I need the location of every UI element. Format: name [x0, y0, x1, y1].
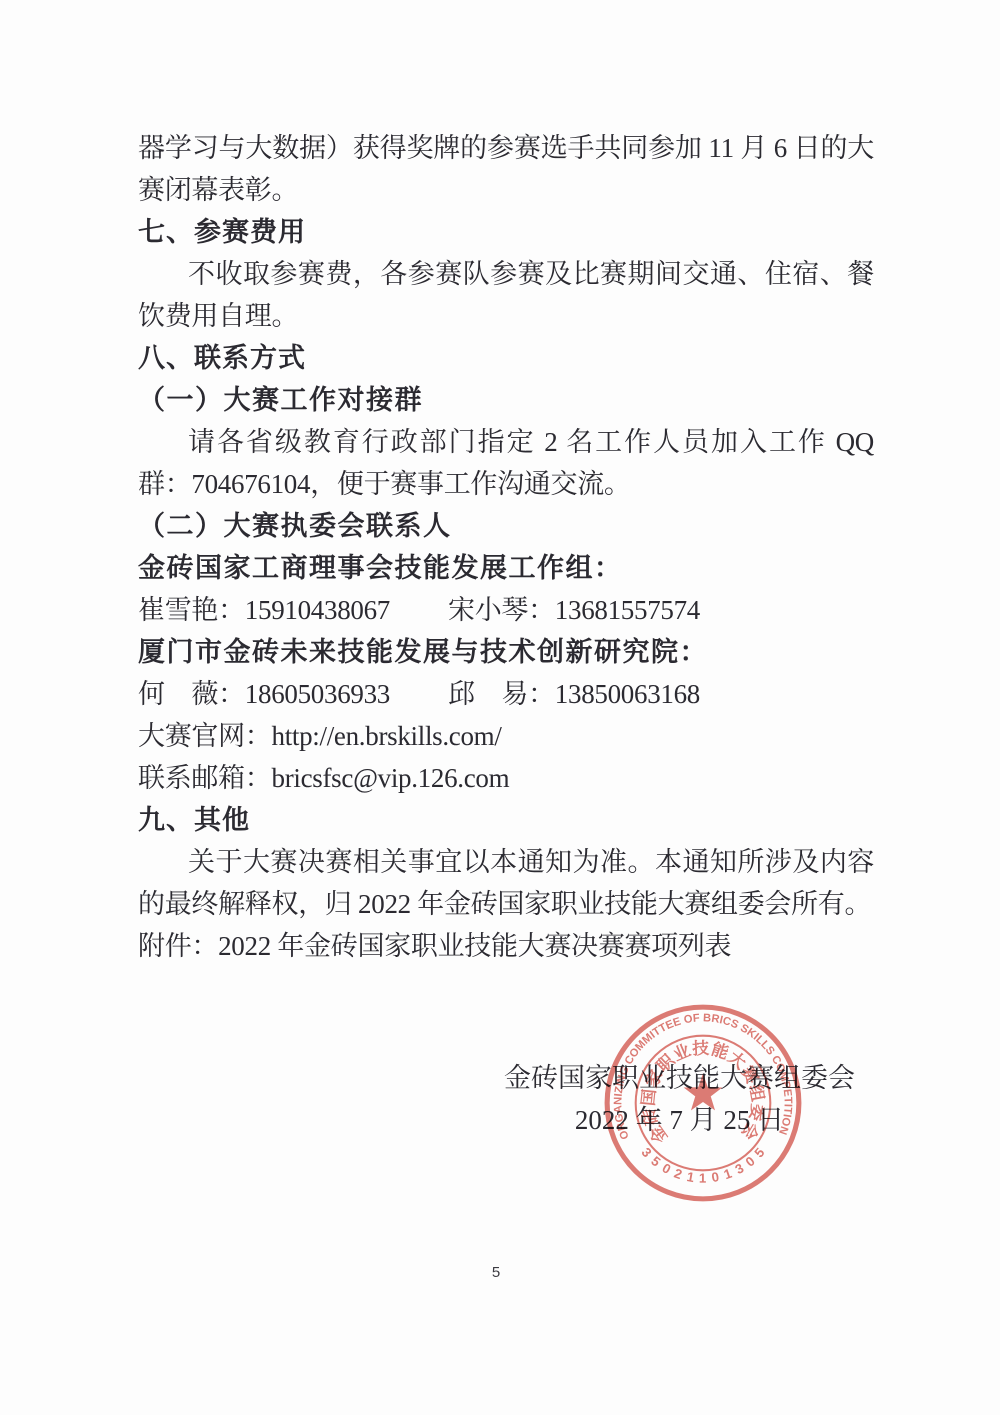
website-url: http://en.brskills.com/ — [272, 721, 502, 751]
attachment-line: 附件：2022 年金砖国家职业技能大赛决赛赛项列表 — [138, 925, 874, 967]
email-address: bricsfsc@vip.126.com — [272, 763, 510, 793]
email-label: 联系邮箱： — [138, 763, 272, 793]
section-7-body: 不收取参赛费，各参赛队参赛及比赛期间交通、住宿、餐饮费用自理。 — [138, 253, 874, 337]
section-9-body: 关于大赛决赛相关事宜以本通知为准。本通知所涉及内容的最终解释权，归 2022 年… — [138, 841, 874, 925]
org1-name: 金砖国家工商理事会技能发展工作组： — [138, 547, 874, 589]
opening-paragraph: 器学习与大数据）获得奖牌的参赛选手共同参加 11 月 6 日的大赛闭幕表彰。 — [138, 127, 874, 211]
org2-contacts: 何 薇：18605036933邱 易：13850063168 — [138, 673, 874, 715]
org2-contact-left: 何 薇：18605036933 — [138, 673, 390, 715]
org1-contacts: 崔雪艳：15910438067宋小琴：13681557574 — [138, 589, 874, 631]
website-line: 大赛官网：http://en.brskills.com/ — [138, 715, 874, 757]
document-body: 器学习与大数据）获得奖牌的参赛选手共同参加 11 月 6 日的大赛闭幕表彰。 七… — [138, 127, 874, 967]
page-number: 5 — [0, 1264, 992, 1281]
seal-star-icon — [684, 1073, 723, 1110]
website-label: 大赛官网： — [138, 721, 272, 751]
org2-name: 厦门市金砖未来技能发展与技术创新研究院： — [138, 631, 874, 673]
official-seal-stamp: ORGANIZING COMMITTEE OF BRICS SKILLS COM… — [601, 1001, 805, 1205]
email-line: 联系邮箱：bricsfsc@vip.126.com — [138, 757, 874, 799]
section-8-heading: 八、联系方式 — [138, 337, 874, 379]
section-8-sub2-heading: （二）大赛执委会联系人 — [138, 505, 874, 547]
section-8-sub1-body: 请各省级教育行政部门指定 2 名工作人员加入工作 QQ 群：704676104，… — [138, 421, 874, 505]
section-7-heading: 七、参赛费用 — [138, 211, 874, 253]
org1-contact-left: 崔雪艳：15910438067 — [138, 589, 390, 631]
section-8-sub1-heading: （一）大赛工作对接群 — [138, 379, 874, 421]
org1-contact-right: 宋小琴：13681557574 — [448, 589, 700, 631]
section-9-heading: 九、其他 — [138, 799, 874, 841]
org2-contact-right: 邱 易：13850063168 — [448, 673, 700, 715]
official-seal-icon: ORGANIZING COMMITTEE OF BRICS SKILLS COM… — [601, 1001, 805, 1205]
document-page: 器学习与大数据）获得奖牌的参赛选手共同参加 11 月 6 日的大赛闭幕表彰。 七… — [0, 0, 1000, 1415]
